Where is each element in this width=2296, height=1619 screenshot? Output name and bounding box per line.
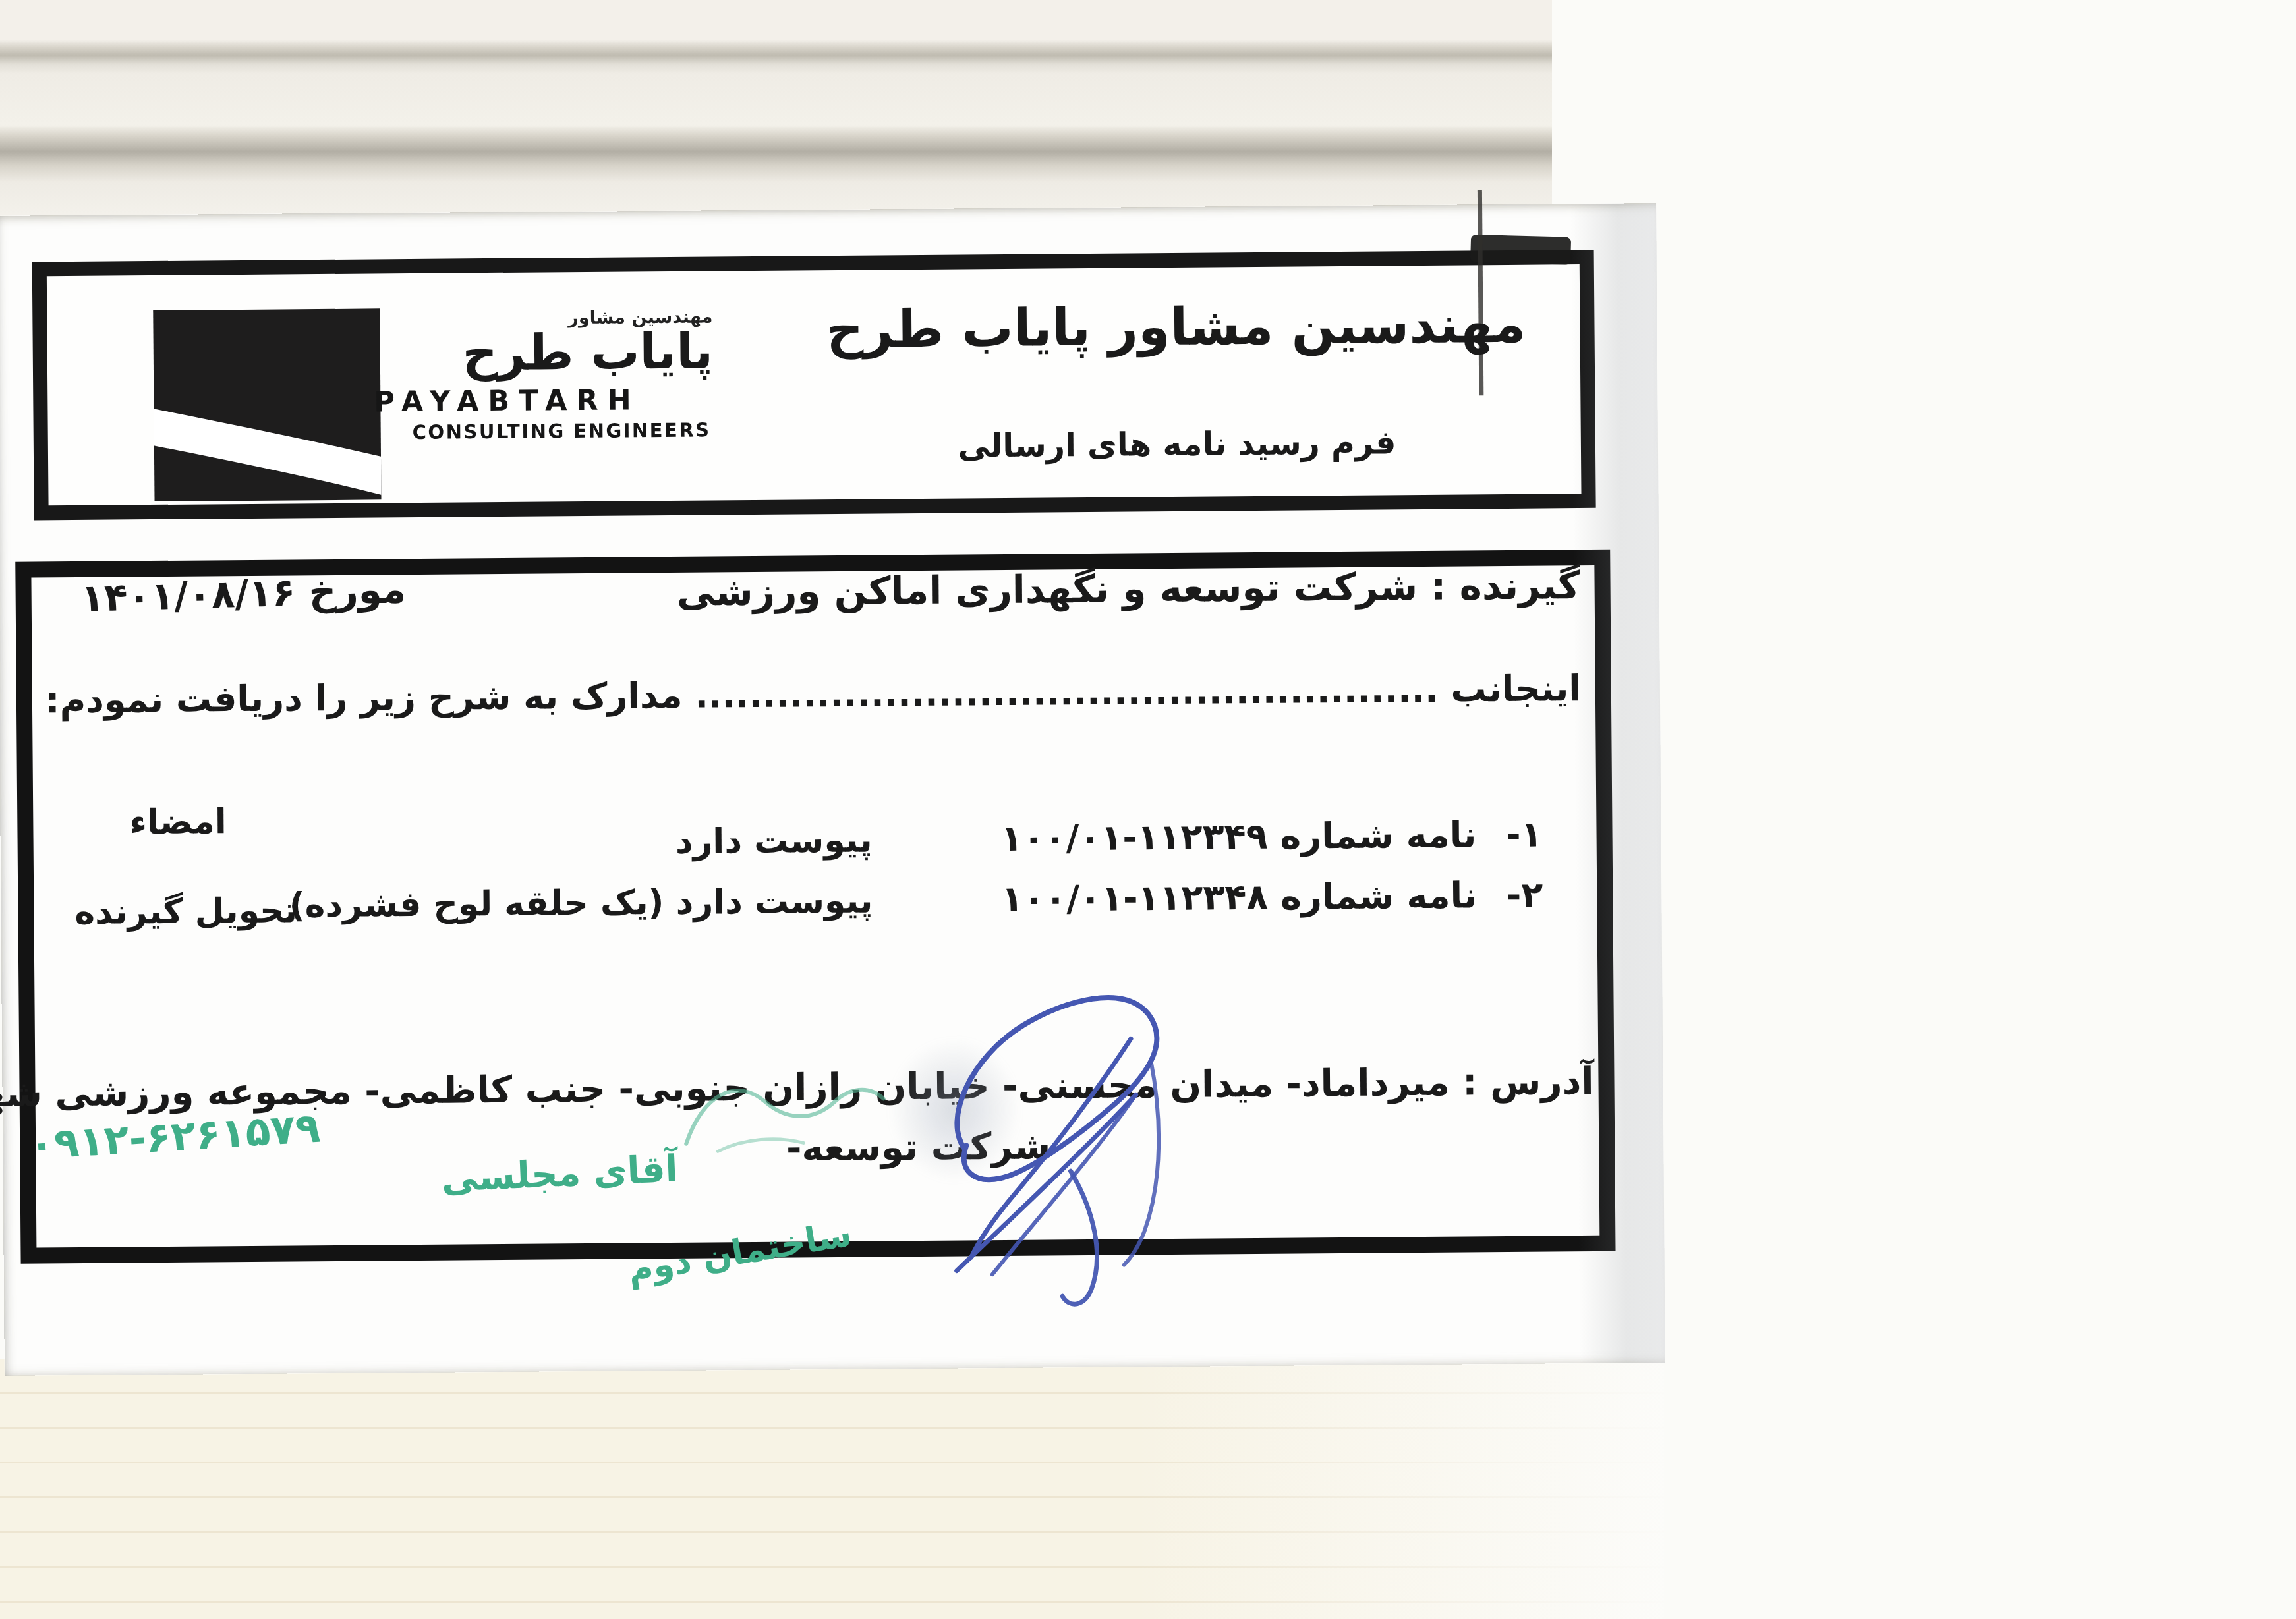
attachment-note: پیوست دارد (یک حلقه لوح فشرده) xyxy=(513,882,873,924)
scan-ink-blotch xyxy=(1470,235,1571,265)
logo-swoosh-icon xyxy=(153,308,381,501)
scanned-receipt-page: مهندسین مشاور پایاب طرح PAYABTARH CONSUL… xyxy=(0,203,1665,1376)
statement-dotted-blank: ........................................… xyxy=(695,669,1439,716)
item-label: نامه شماره xyxy=(1280,814,1477,857)
paper-fold-line xyxy=(1478,190,1483,395)
logo-persian-large: پایاب طرح xyxy=(373,327,713,380)
payabtarh-logo-mark xyxy=(153,308,381,501)
item-label: نامه شماره xyxy=(1280,874,1478,917)
company-title: مهندسین مشاور پایاب طرح xyxy=(807,295,1545,360)
signature-label: امضاء xyxy=(129,802,227,842)
statement-prefix: اینجانب xyxy=(1450,667,1581,710)
logo-latin-subtitle: CONSULTING ENGINEERS xyxy=(374,416,714,444)
attachment-note: پیوست دارد xyxy=(513,821,872,863)
item-number-marker: ۱- xyxy=(1506,814,1543,855)
date-label: مورخ xyxy=(308,567,406,614)
form-subtitle: فرم رسید نامه های ارسالی xyxy=(808,422,1546,466)
green-pen-flourish xyxy=(677,1064,902,1165)
date-value: ۱۴۰۱/۰۸/۱۶ xyxy=(80,570,296,621)
letter-reference-number: ۱۰۰/۰۱-۱۱۲۳۴۹ xyxy=(1001,816,1268,859)
scanner-background-bottom xyxy=(0,1359,1664,1619)
item-number-marker: ۲- xyxy=(1507,874,1543,916)
signature-scribble xyxy=(929,978,1195,1316)
scanner-background-top xyxy=(0,0,1552,219)
letter-item-text: ۲- نامه شماره ۱۰۰/۰۱-۱۱۲۳۴۸ xyxy=(1001,874,1543,920)
statement-suffix: مدارک به شرح زیر را دریافت نمودم: xyxy=(45,675,683,722)
logo-latin-name: PAYABTARH xyxy=(374,377,713,419)
receiver-label: تحویل گیرنده xyxy=(74,891,297,932)
letter-reference-number: ۱۰۰/۰۱-۱۱۲۳۴۸ xyxy=(1001,876,1268,920)
recipient-line: گیرنده : شرکت توسعه و نگهداری اماکن ورزش… xyxy=(677,563,1580,615)
letter-item-text: ۱- نامه شماره ۱۰۰/۰۱-۱۱۲۳۴۹ xyxy=(1001,814,1543,859)
letter-item-2: ۲- نامه شماره ۱۰۰/۰۱-۱۱۲۳۴۸ پیوست دارد (… xyxy=(513,874,1543,924)
date-line: مورخ ۱۴۰۱/۰۸/۱۶ xyxy=(80,567,407,621)
logo-text-block: مهندسین مشاور پایاب طرح PAYABTARH CONSUL… xyxy=(373,306,714,444)
letter-item-1: ۱- نامه شماره ۱۰۰/۰۱-۱۱۲۳۴۹ پیوست دارد xyxy=(513,814,1542,863)
